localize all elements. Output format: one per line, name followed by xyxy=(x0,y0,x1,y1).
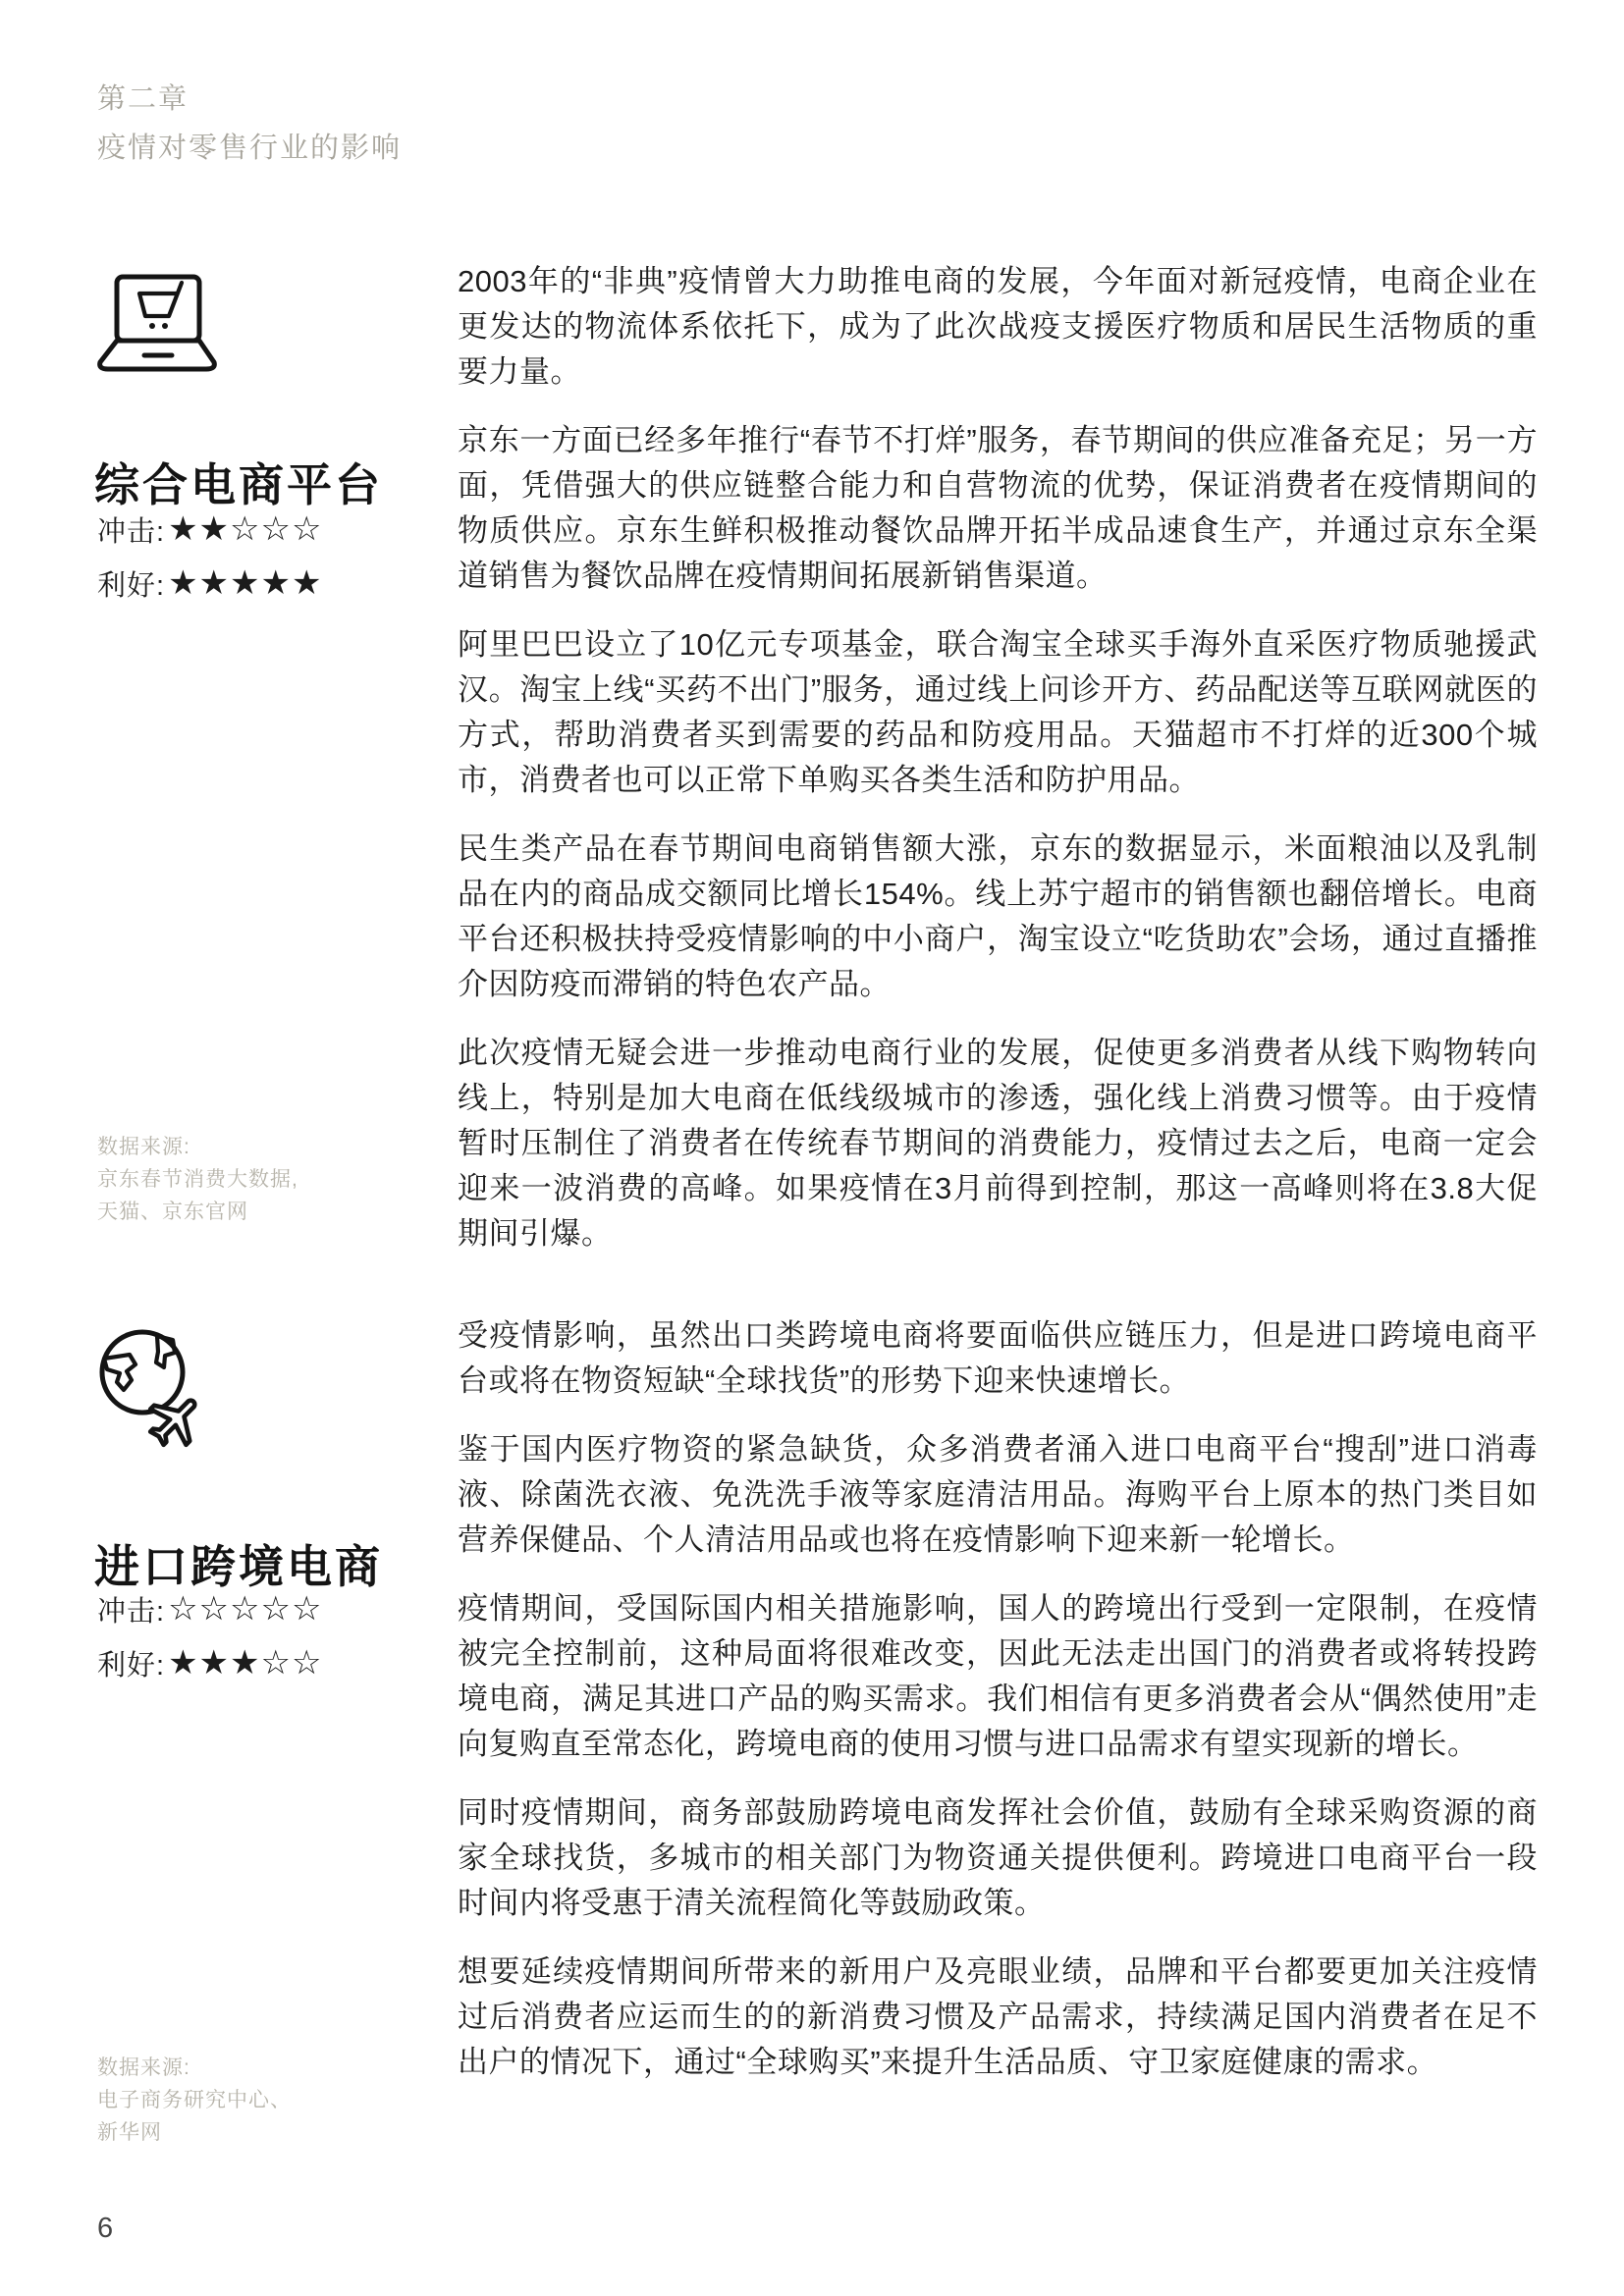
benefit-rating: 利好: ★★★☆☆ xyxy=(97,1636,322,1690)
benefit-rating: 利好: ★★★★★ xyxy=(97,557,322,611)
paragraph: 疫情期间，受国际国内相关措施影响，国人的跨境出行受到一定限制，在疫情被完全控制前… xyxy=(458,1586,1538,1767)
chapter-number: 第二章 xyxy=(97,75,402,124)
impact-label: 冲击: xyxy=(97,1589,165,1629)
data-source-line: 电子商务研究中心、 xyxy=(97,2084,292,2116)
page-number: 6 xyxy=(97,2213,113,2245)
impact-rating: 冲击: ☆☆☆☆☆ xyxy=(97,1582,322,1636)
paragraph: 鉴于国内医疗物资的紧急缺货，众多消费者涌入进口电商平台“搜刮”进口消毒液、除菌洗… xyxy=(458,1427,1538,1563)
laptop-shopping-cart-icon xyxy=(96,273,218,380)
data-source-label: 数据来源: xyxy=(97,2052,292,2084)
benefit-label: 利好: xyxy=(97,563,165,604)
crossborder-body-text: 受疫情影响，虽然出口类跨境电商将要面临供应链压力，但是进口跨境电商平台或将在物资… xyxy=(458,1313,1538,2109)
report-page: 第二章 疫情对零售行业的影响 综合电商平台 冲击: ★★☆☆☆ 利好: ★★★★… xyxy=(0,0,1624,2296)
data-source-line: 京东春节消费大数据, xyxy=(97,1163,298,1196)
paragraph: 想要延续疫情期间所带来的新用户及亮眼业绩，品牌和平台都要更加关注疫情过后消费者应… xyxy=(458,1949,1538,2085)
ratings-ecommerce: 冲击: ★★☆☆☆ 利好: ★★★★★ xyxy=(97,503,322,611)
data-source-ecommerce: 数据来源: 京东春节消费大数据, 天猫、京东官网 xyxy=(97,1131,298,1228)
benefit-stars: ★★★☆☆ xyxy=(168,1643,322,1682)
paragraph: 阿里巴巴设立了10亿元专项基金，联合淘宝全球买手海外直采医疗物质驰援武汉。淘宝上… xyxy=(458,622,1538,803)
paragraph: 此次疫情无疑会进一步推动电商行业的发展，促使更多消费者从线下购物转向线上，特别是… xyxy=(458,1031,1538,1256)
data-source-crossborder: 数据来源: 电子商务研究中心、 新华网 xyxy=(97,2052,292,2149)
impact-stars: ☆☆☆☆☆ xyxy=(168,1589,322,1629)
impact-stars: ★★☆☆☆ xyxy=(168,509,322,549)
paragraph: 同时疫情期间，商务部鼓励跨境电商发挥社会价值，鼓励有全球采购资源的商家全球找货，… xyxy=(458,1790,1538,1926)
benefit-stars: ★★★★★ xyxy=(168,563,322,603)
benefit-label: 利好: xyxy=(97,1643,165,1683)
chapter-title: 疫情对零售行业的影响 xyxy=(97,124,402,173)
paragraph: 民生类产品在春节期间电商销售额大涨，京东的数据显示，米面粮油以及乳制品在内的商品… xyxy=(458,827,1538,1007)
impact-rating: 冲击: ★★☆☆☆ xyxy=(97,503,322,557)
data-source-line: 天猫、京东官网 xyxy=(97,1196,298,1228)
paragraph: 2003年的“非典”疫情曾大力助推电商的发展，今年面对新冠疫情，电商企业在更发达… xyxy=(458,259,1538,395)
globe-airplane-icon xyxy=(96,1327,218,1462)
ratings-crossborder: 冲击: ☆☆☆☆☆ 利好: ★★★☆☆ xyxy=(97,1582,322,1690)
paragraph: 京东一方面已经多年推行“春节不打烊”服务，春节期间的供应准备充足；另一方面，凭借… xyxy=(458,418,1538,599)
chapter-header: 第二章 疫情对零售行业的影响 xyxy=(97,75,402,173)
paragraph: 受疫情影响，虽然出口类跨境电商将要面临供应链压力，但是进口跨境电商平台或将在物资… xyxy=(458,1313,1538,1404)
ecommerce-body-text: 2003年的“非典”疫情曾大力助推电商的发展，今年面对新冠疫情，电商企业在更发达… xyxy=(458,259,1538,1280)
data-source-line: 新华网 xyxy=(97,2116,292,2149)
data-source-label: 数据来源: xyxy=(97,1131,298,1163)
impact-label: 冲击: xyxy=(97,509,165,550)
